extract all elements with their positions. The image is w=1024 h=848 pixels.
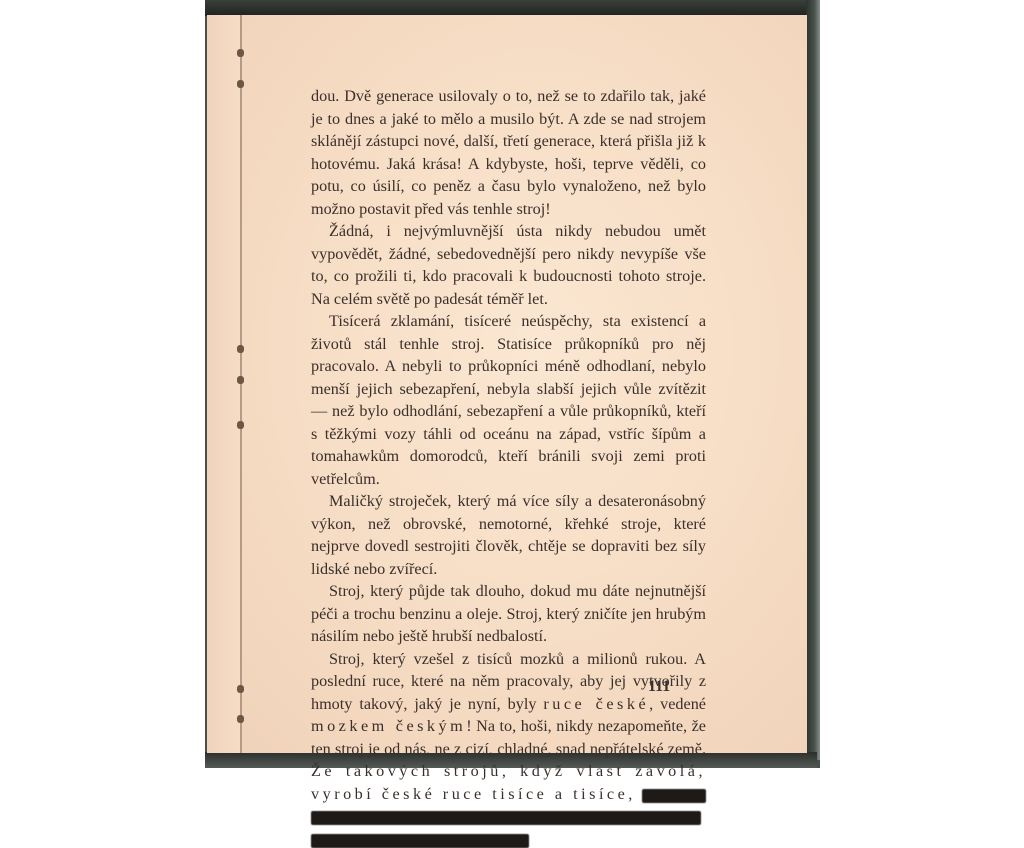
body-text: dou. Dvě generace usilovaly o to, než se… bbox=[311, 85, 706, 768]
paragraph: Maličký stroječek, který má více síly a … bbox=[311, 490, 706, 580]
paragraph: Tisícerá zklamání, tisíceré neúspěchy, s… bbox=[311, 310, 706, 490]
spaced-emphasis: ruce české bbox=[543, 695, 649, 713]
page-gutter bbox=[207, 15, 242, 753]
book-page: dou. Dvě generace usilovaly o to, než se… bbox=[207, 15, 807, 753]
binding-stitch bbox=[237, 80, 244, 88]
binding-fold bbox=[240, 15, 242, 753]
spaced-emphasis: Že takových strojů, když vlast zavolá, v… bbox=[311, 762, 706, 768]
binding-stitch bbox=[237, 345, 244, 353]
spaced-emphasis: mozkem českým bbox=[311, 717, 466, 735]
binding-stitch bbox=[237, 421, 244, 429]
paragraph: dou. Dvě generace usilovaly o to, než se… bbox=[311, 85, 706, 220]
binding-stitch bbox=[237, 49, 244, 57]
text-segment: , vedené bbox=[649, 695, 706, 713]
binding-stitch bbox=[237, 685, 244, 693]
book-cover-right-edge bbox=[806, 0, 820, 760]
page-number: 111 bbox=[648, 678, 670, 696]
paragraph: Stroj, který půjde tak dlouho, dokud mu … bbox=[311, 580, 706, 648]
book-cover-top-edge bbox=[205, 0, 817, 16]
binding-stitch bbox=[237, 376, 244, 384]
paragraph-final: Stroj, který vzešel z tisíců mozků a mil… bbox=[311, 648, 706, 769]
binding-stitch bbox=[237, 715, 244, 723]
paragraph: Žádná, i nejvýmluvnější ústa nikdy nebud… bbox=[311, 220, 706, 310]
